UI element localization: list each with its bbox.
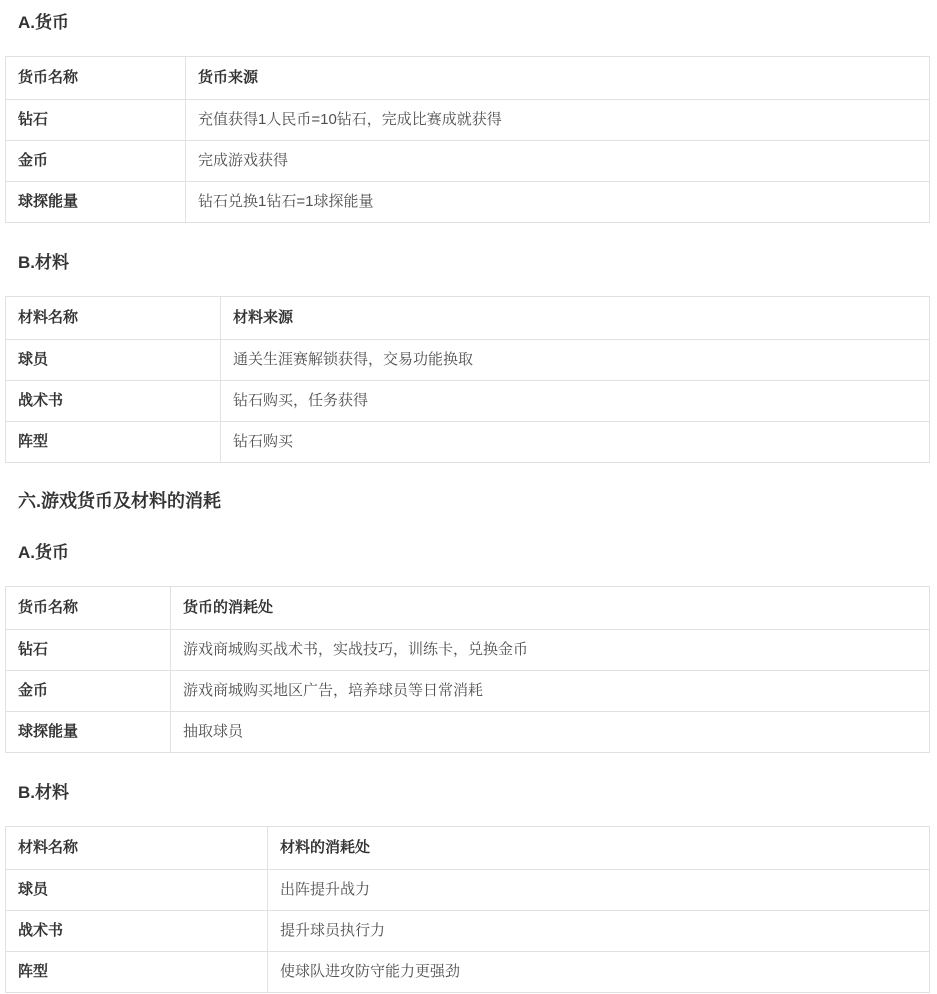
column-header-currency-name: 货币名称 — [6, 57, 186, 100]
table-material-consumption: 材料名称 材料的消耗处 球员 出阵提升战力 战术书 提升球员执行力 阵型 使球队… — [5, 826, 930, 993]
table-row: 金币 游戏商城购买地区广告，培养球员等日常消耗 — [6, 671, 930, 712]
row-value-cell: 游戏商城购买地区广告，培养球员等日常消耗 — [171, 671, 930, 712]
row-name-cell: 阵型 — [6, 422, 221, 463]
row-name-cell: 球探能量 — [6, 712, 171, 753]
heading-currency-sources: A.货币 — [18, 13, 930, 33]
row-name-cell: 球探能量 — [6, 182, 186, 223]
table-row: 球员 通关生涯赛解锁获得，交易功能换取 — [6, 340, 930, 381]
table-currency-consumption: 货币名称 货币的消耗处 钻石 游戏商城购买战术书，实战技巧，训练卡，兑换金币 金… — [5, 586, 930, 753]
row-name-cell: 球员 — [6, 340, 221, 381]
heading-material-consumption: B.材料 — [18, 783, 930, 803]
row-value-cell: 通关生涯赛解锁获得，交易功能换取 — [221, 340, 930, 381]
table-row: 球探能量 抽取球员 — [6, 712, 930, 753]
table-row: 战术书 提升球员执行力 — [6, 911, 930, 952]
row-value-cell: 钻石兑换1钻石=1球探能量 — [186, 182, 930, 223]
table-row: 阵型 使球队进攻防守能力更强劲 — [6, 952, 930, 993]
row-value-cell: 钻石购买 — [221, 422, 930, 463]
table-header-row: 货币名称 货币来源 — [6, 57, 930, 100]
row-value-cell: 使球队进攻防守能力更强劲 — [268, 952, 930, 993]
row-value-cell: 完成游戏获得 — [186, 141, 930, 182]
table-row: 钻石 充值获得1人民币=10钻石，完成比赛成就获得 — [6, 100, 930, 141]
row-value-cell: 提升球员执行力 — [268, 911, 930, 952]
row-value-cell: 抽取球员 — [171, 712, 930, 753]
row-value-cell: 出阵提升战力 — [268, 870, 930, 911]
row-value-cell: 游戏商城购买战术书，实战技巧，训练卡，兑换金币 — [171, 630, 930, 671]
table-row: 球员 出阵提升战力 — [6, 870, 930, 911]
row-name-cell: 金币 — [6, 671, 171, 712]
table-header-row: 货币名称 货币的消耗处 — [6, 587, 930, 630]
row-name-cell: 球员 — [6, 870, 268, 911]
game-design-document-page: A.货币 货币名称 货币来源 钻石 充值获得1人民币=10钻石，完成比赛成就获得… — [0, 0, 937, 994]
table-row: 钻石 游戏商城购买战术书，实战技巧，训练卡，兑换金币 — [6, 630, 930, 671]
column-header-currency-consumption: 货币的消耗处 — [171, 587, 930, 630]
column-header-currency-source: 货币来源 — [186, 57, 930, 100]
table-header-row: 材料名称 材料的消耗处 — [6, 827, 930, 870]
row-name-cell: 钻石 — [6, 100, 186, 141]
column-header-material-source: 材料来源 — [221, 297, 930, 340]
table-row: 球探能量 钻石兑换1钻石=1球探能量 — [6, 182, 930, 223]
table-row: 金币 完成游戏获得 — [6, 141, 930, 182]
heading-material-sources: B.材料 — [18, 253, 930, 273]
table-header-row: 材料名称 材料来源 — [6, 297, 930, 340]
table-currency-sources: 货币名称 货币来源 钻石 充值获得1人民币=10钻石，完成比赛成就获得 金币 完… — [5, 56, 930, 223]
table-row: 阵型 钻石购买 — [6, 422, 930, 463]
column-header-material-name: 材料名称 — [6, 297, 221, 340]
row-value-cell: 充值获得1人民币=10钻石，完成比赛成就获得 — [186, 100, 930, 141]
column-header-material-consumption: 材料的消耗处 — [268, 827, 930, 870]
column-header-material-name: 材料名称 — [6, 827, 268, 870]
heading-currency-consumption: A.货币 — [18, 543, 930, 563]
row-name-cell: 战术书 — [6, 381, 221, 422]
table-material-sources: 材料名称 材料来源 球员 通关生涯赛解锁获得，交易功能换取 战术书 钻石购买，任… — [5, 296, 930, 463]
row-name-cell: 战术书 — [6, 911, 268, 952]
row-value-cell: 钻石购买，任务获得 — [221, 381, 930, 422]
row-name-cell: 金币 — [6, 141, 186, 182]
column-header-currency-name: 货币名称 — [6, 587, 171, 630]
row-name-cell: 钻石 — [6, 630, 171, 671]
table-row: 战术书 钻石购买，任务获得 — [6, 381, 930, 422]
row-name-cell: 阵型 — [6, 952, 268, 993]
heading-consumption-chapter: 六.游戏货币及材料的消耗 — [18, 491, 930, 512]
